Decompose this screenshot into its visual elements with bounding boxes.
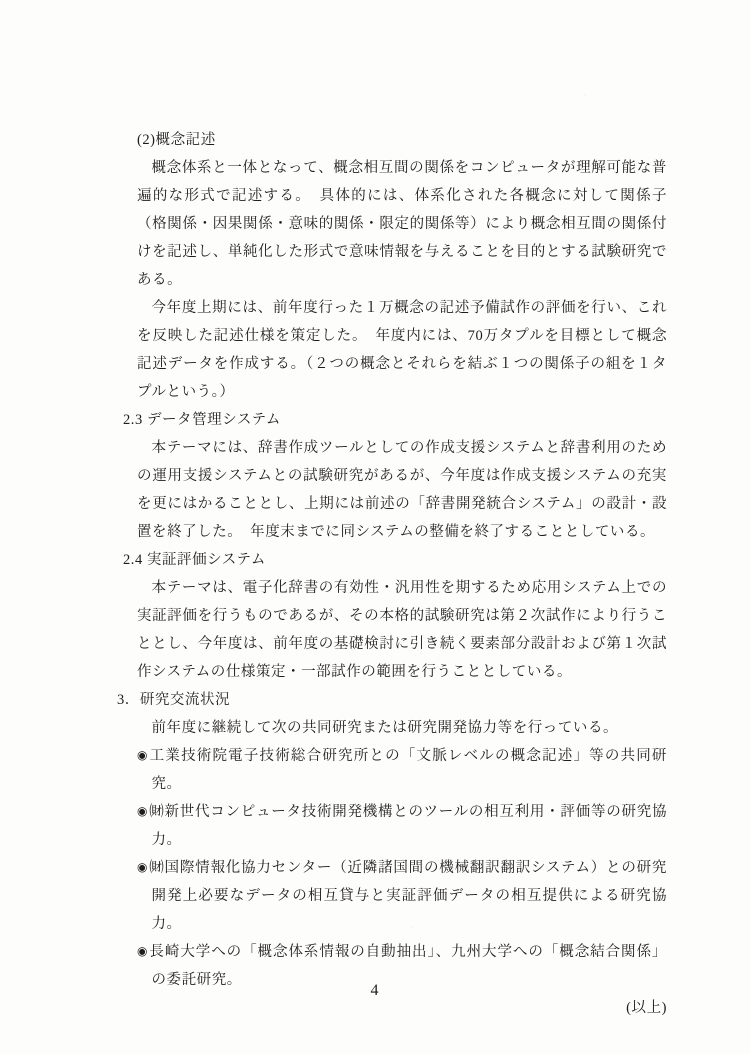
page-number: 4 bbox=[0, 982, 750, 1000]
bullet-icon: ◉ bbox=[137, 804, 148, 818]
bullet-icon: ◉ bbox=[137, 944, 148, 958]
paragraph: 本テーマには、辞書作成ツールとしての作成支援システムと辞書利用のための運用支援シ… bbox=[137, 434, 667, 546]
list-item-text: ㈶新世代コンピュータ技術開発機構とのツールの相互利用・評価等の研究協力。 bbox=[149, 804, 667, 848]
section-data-management: 2.3 データ管理システム 本テーマには、辞書作成ツールとしての作成支援システム… bbox=[137, 406, 667, 546]
section-heading: 2.3 データ管理システム bbox=[123, 406, 667, 434]
document-page: (2)概念記述 概念体系と一体となって、概念相互間の関係をコンピュータが理解可能… bbox=[0, 0, 750, 1054]
section-heading: 2.4 実証評価システム bbox=[123, 546, 667, 574]
list-item-text: ㈶国際情報化協力センター（近隣諸国間の機械翻訳翻訳システム）との研究開発上必要な… bbox=[149, 860, 667, 932]
bullet-icon: ◉ bbox=[137, 748, 149, 762]
list-item-text: 工業技術院電子技術総合研究所との「文脈レベルの概念記述」等の共同研究。 bbox=[150, 748, 667, 792]
paragraph: 概念体系と一体となって、概念相互間の関係をコンピュータが理解可能な普遍的な形式で… bbox=[137, 154, 667, 294]
document-body: (2)概念記述 概念体系と一体となって、概念相互間の関係をコンピュータが理解可能… bbox=[137, 126, 667, 1022]
list-item: ◉工業技術院電子技術総合研究所との「文脈レベルの概念記述」等の共同研究。 bbox=[137, 742, 667, 798]
section-heading: (2)概念記述 bbox=[137, 126, 667, 154]
paragraph: 今年度上期には、前年度行った１万概念の記述予備試作の評価を行い、これを反映した記… bbox=[137, 294, 667, 406]
bullet-icon: ◉ bbox=[137, 860, 148, 874]
list-item: ◉㈶国際情報化協力センター（近隣諸国間の機械翻訳翻訳システム）との研究開発上必要… bbox=[137, 854, 667, 938]
section-concept-description: (2)概念記述 概念体系と一体となって、概念相互間の関係をコンピュータが理解可能… bbox=[137, 126, 667, 406]
paragraph: 本テーマは、電子化辞書の有効性・汎用性を期するため応用システム上での実証評価を行… bbox=[137, 574, 667, 686]
section-intro: 前年度に継続して次の共同研究または研究開発協力等を行っている。 bbox=[137, 714, 667, 742]
list-item: ◉㈶新世代コンピュータ技術開発機構とのツールの相互利用・評価等の研究協力。 bbox=[137, 798, 667, 854]
section-evaluation: 2.4 実証評価システム 本テーマは、電子化辞書の有効性・汎用性を期するため応用… bbox=[137, 546, 667, 686]
section-research-exchange: 3．研究交流状況 前年度に継続して次の共同研究または研究開発協力等を行っている。… bbox=[137, 686, 667, 1022]
section-heading: 3．研究交流状況 bbox=[117, 686, 667, 714]
